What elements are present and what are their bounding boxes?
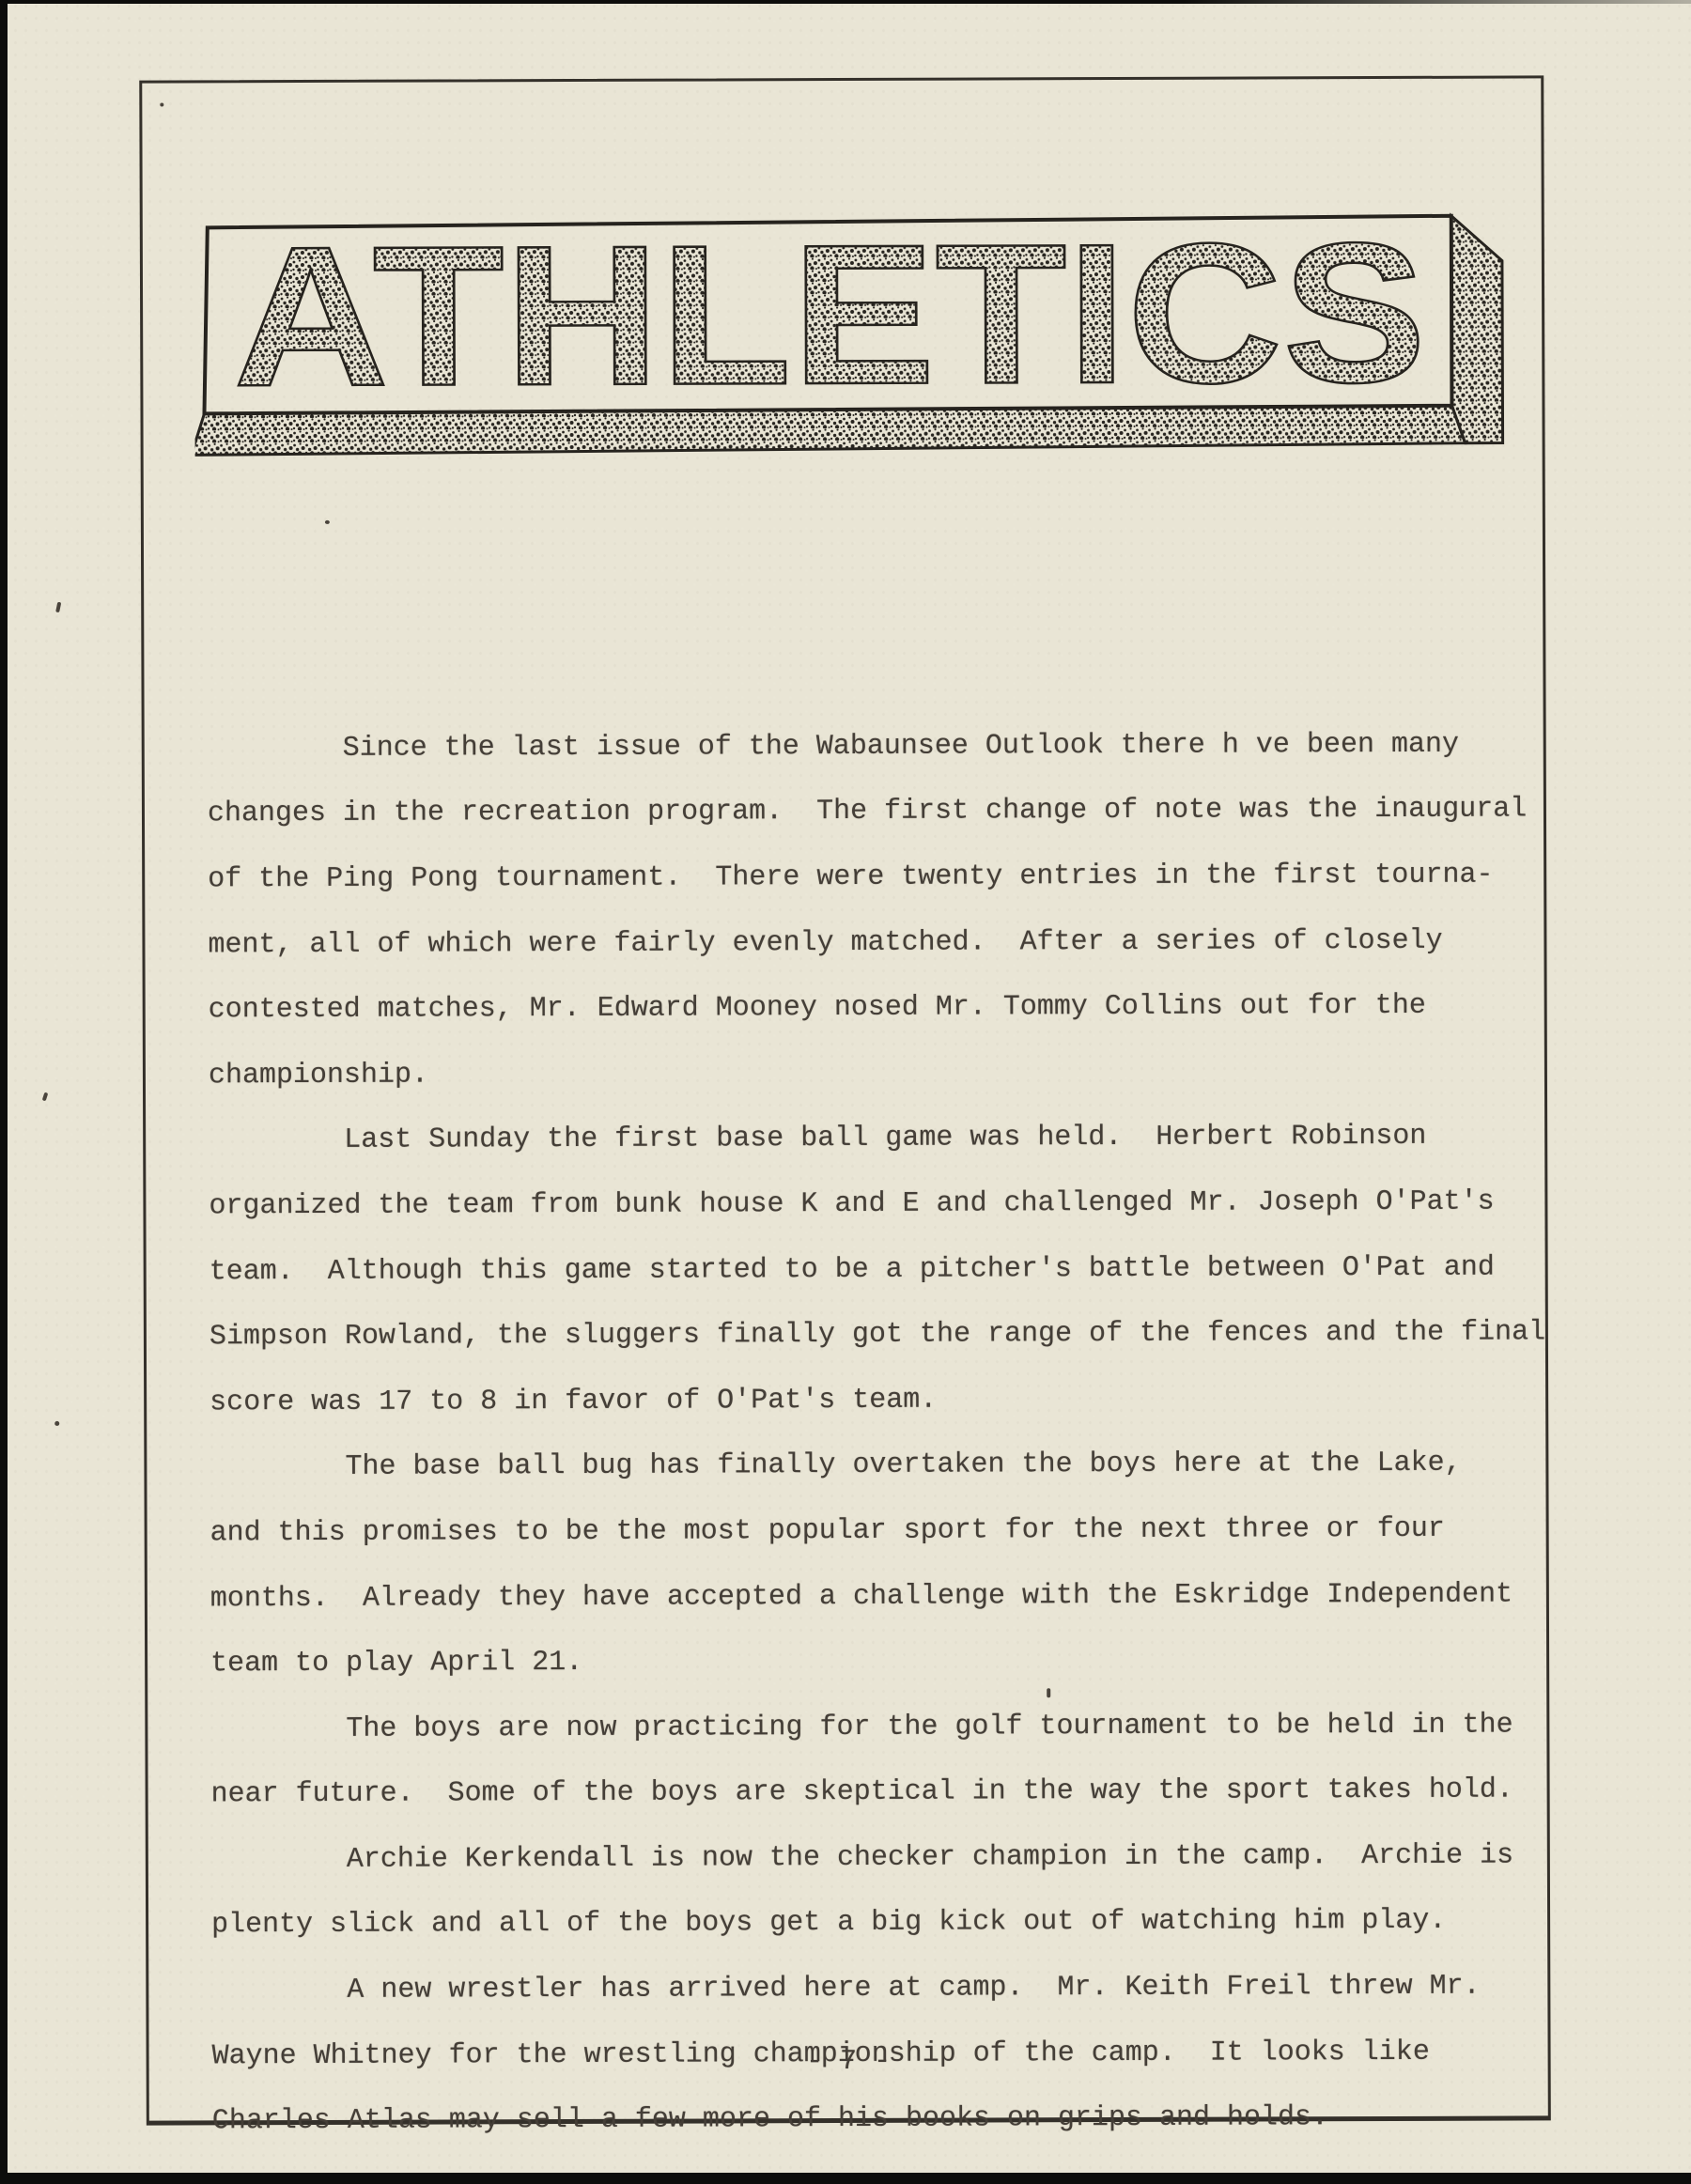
text-line: contested matches, Mr. Edward Mooney nos… [209,973,1580,1044]
athletics-banner: ATHLETICS [194,207,1511,479]
text-line: score was 17 to 8 in favor of O'Pat's te… [209,1366,1581,1436]
athletics-banner-drawing: ATHLETICS [194,207,1511,479]
ink-speck [54,1421,59,1426]
banner-title: ATHLETICS [233,207,1427,428]
scanned-newsletter-page: { "page": { "header_banner": { "title": … [0,0,1691,2184]
text-line: Last Sunday the first base ball game was… [209,1105,1580,1175]
text-line: organized the team from bunk house K and… [209,1169,1580,1240]
ink-speck [55,602,61,613]
text-line: team to play April 21. [210,1627,1582,1697]
ink-speck [1047,1688,1050,1697]
text-line: The boys are now practicing for the golf… [210,1693,1582,1763]
text-line: plenty slick and all of the boys get a b… [211,1889,1583,1959]
text-line: team. Although this game started to be a… [209,1235,1581,1306]
text-line: changes in the recreation program. The f… [208,778,1579,848]
text-line: months. Already they have accepted a cha… [210,1562,1582,1633]
text-line: championship. [209,1039,1580,1109]
text-line: of the Ping Pong tournament. There were … [208,843,1579,913]
page-number: - 7 - [147,2043,1551,2080]
text-line: near future. Some of the boys are skepti… [210,1758,1582,1829]
text-line: Since the last issue of the Wabaunsee Ou… [208,712,1579,782]
text-line: ment, all of which were fairly evenly ma… [208,908,1579,979]
text-line: Archie Kerkendall is now the checker cha… [211,1823,1583,1894]
ink-speck [325,520,330,524]
text-line: Charles Atlas may sell a few more of his… [212,2085,1584,2156]
ink-speck [160,103,163,107]
text-line: The base ball bug has finally overtaken … [209,1432,1581,1502]
text-line: A new wrestler has arrived here at camp.… [211,1954,1583,2024]
banner-side-face [1451,216,1503,443]
text-line: Simpson Rowland, the sluggers finally go… [209,1300,1581,1371]
page: ATHLETICS Since the last issue of the Wa… [0,0,1691,2184]
text-line: and this promises to be the most popular… [210,1496,1582,1567]
ink-speck [42,1092,49,1102]
body-text: Since the last issue of the Wabaunsee Ou… [207,516,1584,2155]
